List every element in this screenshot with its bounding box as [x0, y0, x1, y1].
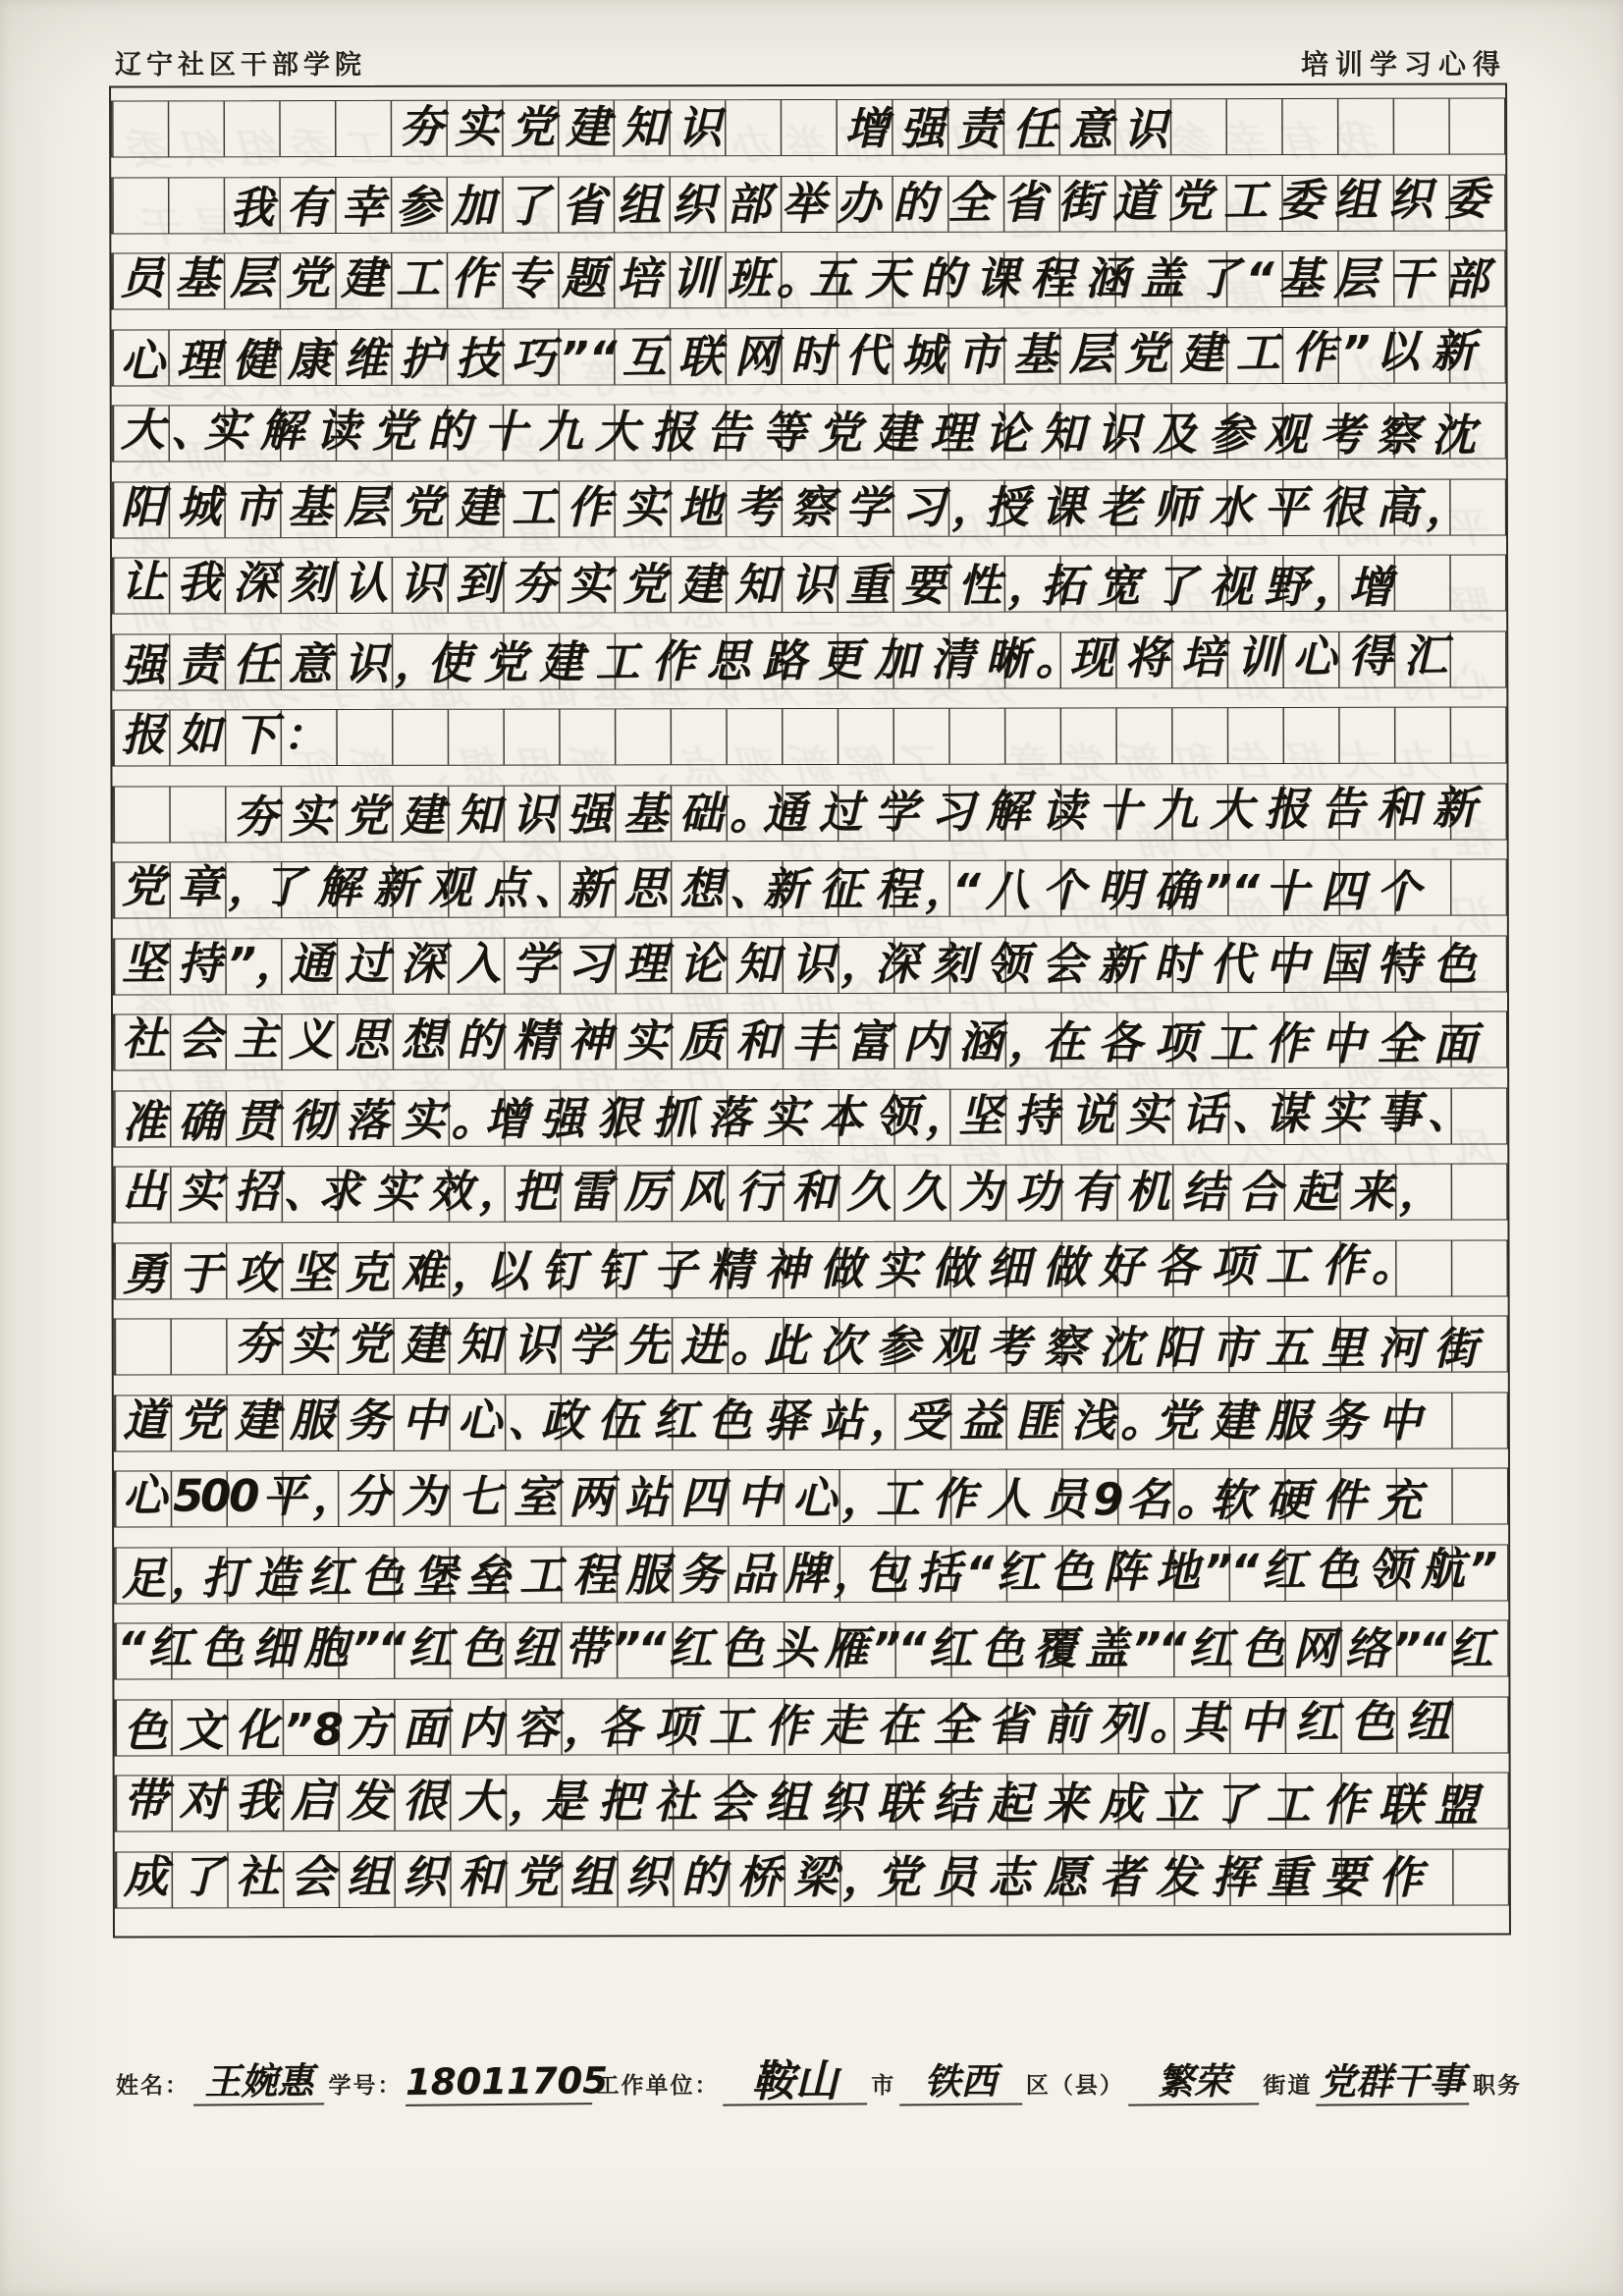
student-id-handwritten-value: 18011705: [406, 2059, 592, 2106]
handwritten-line: 心理健康维护技巧”“互联网时代城市基层党建工作”以新: [112, 326, 1504, 386]
handwritten-line: 心500平，分为七室两站四中心，工作人员9名。软硬件充: [115, 1468, 1507, 1527]
handwritten-line: 让我深刻认识到夯实党建知识重要性，拓宽了视野，增: [113, 555, 1505, 614]
position-label: 职务: [1469, 2067, 1526, 2105]
essay-row: 强责任意识，使党建工作思路更加清晰。现将培训心得汇: [112, 630, 1506, 690]
handwritten-line: 准确贯彻落实。增强狠抓落实本领，坚持说实话、谋实事、: [114, 1087, 1506, 1147]
essay-row: 带对我启发很大，是把社会组织联结起来成立了工作联盟: [115, 1773, 1509, 1832]
essay-row: “红色细胞”“红色纽带”“红色头雁”“红色覆盖”“红色网络”“红: [114, 1620, 1508, 1680]
handwritten-line: 报如下：: [113, 708, 1505, 764]
essay-row: 党章，了解新观点、新思想、新征程，“八个明确”“十四个: [113, 859, 1507, 919]
title-row: 夯实党建知识 增强责任意识: [111, 98, 1505, 158]
city-handwritten-value: 鞍山: [723, 2059, 867, 2105]
handwritten-line: 夯实党建知识学先进。此次参观考察沈阳市五里河街: [115, 1316, 1507, 1375]
document-type-title: 培训学习心得: [1301, 43, 1507, 82]
handwritten-line: 勇于攻坚克难，以钉钉子精神做实做细做好各项工作。: [114, 1239, 1506, 1299]
handwritten-line: 阳城市基层党建工作实地考察学习，授课老师水平很高，: [113, 479, 1505, 535]
handwritten-line: 强责任意识，使党建工作思路更加清晰。现将培训心得汇: [113, 630, 1505, 690]
essay-row: 道党建服务中心、政伍红色驿站，受益匪浅。党建服务中: [114, 1392, 1508, 1451]
essay-row: 勇于攻坚克难，以钉钉子精神做实做细做好各项工作。: [113, 1239, 1507, 1299]
essay-row: 色文化”8方面内容，各项工作走在全省前列。其中红色纽: [114, 1696, 1508, 1756]
paper-sheet: 辽宁社区干部学院 培训学习心得 我有幸参加了省组织部举办的全省街道党工委组织委员…: [0, 0, 1623, 2296]
essay-row: 夯实党建知识学先进。此次参观考察沈阳市五里河街: [114, 1316, 1508, 1376]
handwritten-line: 夯实党建知识强基础。通过学习解读十九大报告和新: [113, 783, 1505, 843]
street-handwritten-value: 繁荣: [1128, 2059, 1260, 2105]
handwritten-line: 色文化”8方面内容，各项工作走在全省前列。其中红色纽: [115, 1696, 1507, 1756]
essay-row: 出实招、求实效，把雷厉风行和久久为功有机结合起来，: [113, 1164, 1507, 1224]
handwritten-line: 员基层党建工作专题培训班。五天的课程涵盖了“基层干部: [112, 251, 1504, 307]
district-label: 区（县）: [1022, 2067, 1128, 2105]
handwritten-line: 党章，了解新观点、新思想、新征程，“八个明确”“十四个: [114, 859, 1506, 918]
essay-row: 准确贯彻落实。增强狠抓落实本领，坚持说实话、谋实事、: [113, 1087, 1507, 1147]
handwritten-line: 带对我启发很大，是把社会组织联结起来成立了工作联盟: [116, 1773, 1508, 1831]
composition-grid-frame: 我有幸参加了省组织部举办的全省街道党工委组织委员基层党建工作专题培训班。五天的课…: [109, 83, 1511, 1939]
essay-row: 心500平，分为七室两站四中心，工作人员9名。软硬件充: [114, 1468, 1508, 1528]
student-id-label: 学号：: [324, 2067, 406, 2105]
handwritten-line: “红色细胞”“红色纽带”“红色头雁”“红色覆盖”“红色网络”“红: [115, 1621, 1507, 1677]
city-label: 市: [867, 2067, 899, 2105]
handwritten-line: 夯实党建知识 增强责任意识: [112, 98, 1504, 157]
handwritten-line: 坚持”，通过深入学习理论知识，深刻领会新时代中国特色: [114, 936, 1506, 992]
district-handwritten-value: 铁西: [899, 2059, 1022, 2105]
essay-row: 我有幸参加了省组织部举办的全省街道党工委组织委: [111, 174, 1505, 234]
essay-grid: 夯实党建知识 增强责任意识 我有幸参加了省组织部举办的全省街道党工委组织委员基层…: [111, 98, 1509, 1908]
handwritten-line: 社会主义思想的精神实质和丰富内涵，在各项工作中全面: [114, 1011, 1506, 1070]
handwritten-line: 成了社会组织和党组织的桥梁，党员志愿者发挥重要作: [116, 1849, 1508, 1905]
institution-name: 辽宁社区干部学院: [115, 43, 366, 82]
essay-row: 夯实党建知识强基础。通过学习解读十九大报告和新: [113, 783, 1507, 843]
essay-row: 让我深刻认识到夯实党建知识重要性，拓宽了视野，增: [112, 555, 1506, 615]
handwritten-line: 我有幸参加了省组织部举办的全省街道党工委组织委: [112, 174, 1504, 234]
name-handwritten-value: 王婉惠: [193, 2059, 325, 2105]
street-label: 街道: [1259, 2067, 1316, 2105]
essay-row: 心理健康维护技巧”“互联网时代城市基层党建工作”以新: [112, 326, 1506, 386]
essay-row: 成了社会组织和党组织的桥梁，党员志愿者发挥重要作: [115, 1848, 1509, 1908]
essay-row: 报如下：: [112, 707, 1506, 767]
name-label: 姓名：: [112, 2067, 193, 2105]
handwritten-line: 大、实解读党的十九大报告等党建理论知识及参观考察沈: [113, 403, 1505, 462]
essay-row: 坚持”，通过深入学习理论知识，深刻领会新时代中国特色: [113, 935, 1507, 995]
handwritten-line: 足，打造红色堡垒工程服务品牌，包括“红色阵地”“红色领航”: [115, 1544, 1507, 1604]
handwritten-line: 出实招、求实效，把雷厉风行和久久为功有机结合起来，: [114, 1165, 1506, 1221]
essay-row: 社会主义思想的精神实质和丰富内涵，在各项工作中全面: [113, 1011, 1507, 1071]
handwritten-line: 道党建服务中心、政伍红色驿站，受益匪浅。党建服务中: [115, 1393, 1507, 1449]
essay-row: 大、实解读党的十九大报告等党建理论知识及参观考察沈: [112, 403, 1506, 463]
work-unit-label: 工作单位：: [592, 2067, 723, 2105]
essay-row: 员基层党建工作专题培训班。五天的课程涵盖了“基层干部: [111, 250, 1505, 310]
essay-row: 足，打造红色堡垒工程服务品牌，包括“红色阵地”“红色领航”: [114, 1544, 1508, 1604]
position-handwritten-value: 党群干事: [1316, 2059, 1469, 2105]
footer-form-line: 姓名： 王婉惠 学号： 18011705 工作单位： 鞍山 市 铁西 区（县） …: [112, 2060, 1526, 2105]
scanned-handwritten-document: { "page": { "header_left": "辽宁社区干部学院", "…: [0, 0, 1623, 2296]
essay-row: 阳城市基层党建工作实地考察学习，授课老师水平很高，: [112, 478, 1506, 538]
